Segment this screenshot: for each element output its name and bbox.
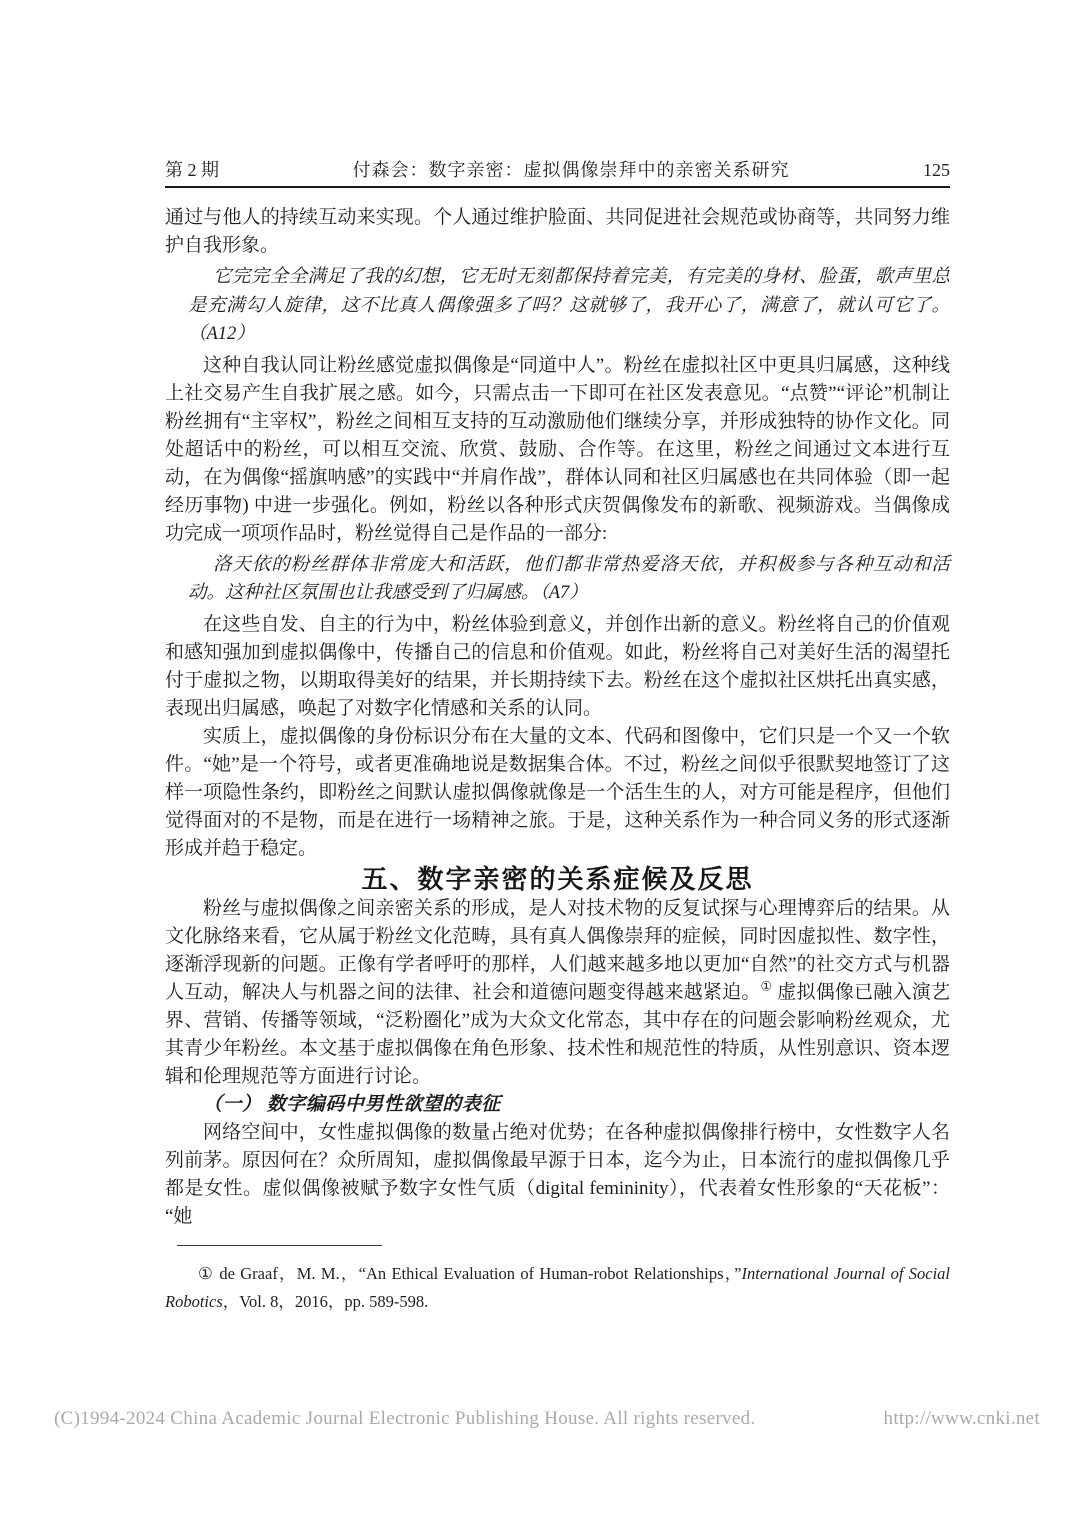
cnki-url: http://www.cnki.net [884, 1408, 1040, 1430]
section-heading: 五、数字亲密的关系症候及反思 [165, 863, 950, 895]
footnote-citation: ① de Graaf，M. M.，“An Ethical Evaluation … [165, 1260, 950, 1316]
footnote-citation-text: de Graaf，M. M.，“An Ethical Evaluation of… [214, 1264, 741, 1283]
block-quote-a7: 洛天依的粉丝群体非常庞大和活跃，他们都非常热爱洛天依，并积极参与各种互动和活动。… [188, 551, 950, 608]
running-title: 付森会：数字亲密：虚拟偶像崇拜中的亲密关系研究 [219, 156, 923, 182]
copyright-notice: (C)1994-2024 China Academic Journal Elec… [54, 1408, 755, 1430]
footnote-marker: ① [198, 1264, 214, 1283]
running-header: 第 2 期 付森会：数字亲密：虚拟偶像崇拜中的亲密关系研究 125 [165, 156, 950, 182]
paragraph-reflection: 粉丝与虚拟偶像之间亲密关系的形成，是人对技术物的反复试探与心理博弈后的结果。从文… [165, 895, 950, 1091]
footnote-block: ① de Graaf，M. M.，“An Ethical Evaluation … [165, 1245, 950, 1316]
footnote-reference-mark: ① [761, 978, 773, 993]
page-footer: (C)1994-2024 China Academic Journal Elec… [54, 1408, 1040, 1430]
paragraph-gender: 网络空间中，女性虚拟偶像的数量占绝对优势；在各种虚拟偶像排行榜中，女性数字人名列… [165, 1119, 950, 1231]
paragraph-meaning: 在这些自发、自主的行为中，粉丝体验到意义，并创作出新的意义。粉丝将自己的价值观和… [165, 611, 950, 723]
journal-page: 第 2 期 付森会：数字亲密：虚拟偶像崇拜中的亲密关系研究 125 通过与他人的… [0, 0, 1080, 1528]
footnote-rule [177, 1245, 382, 1246]
paragraph-essence: 实质上，虚拟偶像的身份标识分布在大量的文本、代码和图像中，它们只是一个又一个软件… [165, 723, 950, 863]
footnote-citation-tail: ，Vol. 8，2016，pp. 589-598. [223, 1292, 429, 1311]
paragraph-continuation: 通过与他人的持续互动来实现。个人通过维护脸面、共同促进社会规范或协商等，共同努力… [165, 204, 950, 260]
block-quote-a12: 它完完全全满足了我的幻想，它无时无刻都保持着完美，有完美的身材、脸蛋，歌声里总是… [188, 263, 950, 349]
issue-label: 第 2 期 [165, 156, 219, 182]
header-rule [165, 186, 950, 188]
article-body: 通过与他人的持续互动来实现。个人通过维护脸面、共同促进社会规范或协商等，共同努力… [165, 204, 950, 1231]
page-number: 125 [923, 160, 950, 181]
paragraph-community: 这种自我认同让粉丝感觉虚拟偶像是“同道中人”。粉丝在虚拟社区中更具归属感，这种线… [165, 352, 950, 548]
subsection-heading: （一） 数字编码中男性欲望的表征 [165, 1091, 950, 1119]
